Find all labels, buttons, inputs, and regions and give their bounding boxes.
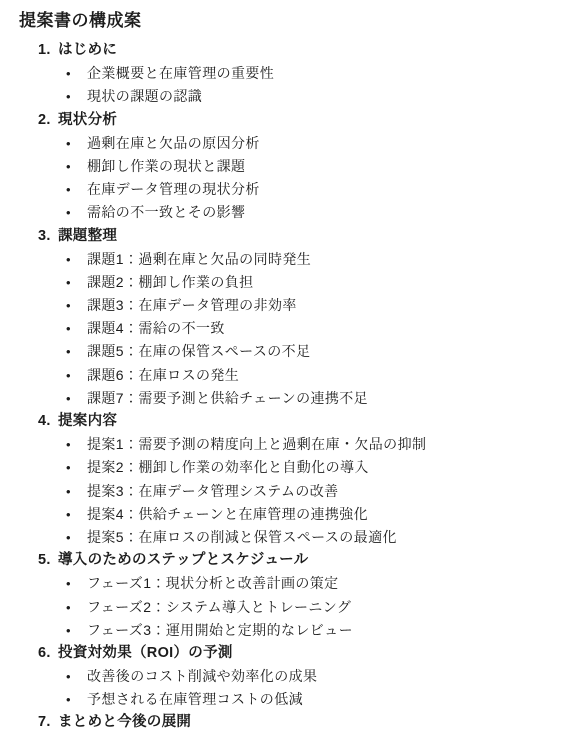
list-item-label: フェーズ1：現状分析と改善計画の策定 — [87, 572, 339, 595]
list-item: • 企業概要と在庫管理の重要性 — [0, 62, 572, 85]
list-item-label: 現状の課題の認識 — [87, 85, 202, 108]
bullet-icon: • — [66, 340, 87, 363]
bullet-icon: • — [66, 271, 87, 294]
document-page: 提案書の構成案 1. はじめに • 企業概要と在庫管理の重要性 • 現状の課題の… — [0, 0, 572, 740]
section-bullets: • 課題1：過剰在庫と欠品の同時発生 • 課題2：棚卸し作業の負担 • 課題3：… — [0, 248, 572, 410]
section-heading: まとめと今後の展開 — [58, 711, 191, 734]
list-item-label: 課題1：過剰在庫と欠品の同時発生 — [87, 248, 311, 271]
outline-section: 1. はじめに • 企業概要と在庫管理の重要性 • 現状の課題の認識 — [0, 39, 572, 109]
bullet-icon: • — [66, 201, 87, 224]
bullet-icon: • — [66, 456, 87, 479]
list-item: • 過剰在庫と欠品の原因分析 — [0, 132, 572, 155]
list-item: • 提案4：供給チェーンと在庫管理の連携強化 — [0, 503, 572, 526]
list-item-label: フェーズ2：システム導入とトレーニング — [87, 596, 351, 619]
section-number: 6. — [38, 642, 58, 665]
list-item: • 課題4：需給の不一致 — [0, 317, 572, 340]
list-item-label: 提案2：棚卸し作業の効率化と自動化の導入 — [87, 456, 369, 479]
section-bullets: • 提案1：需要予測の精度向上と過剰在庫・欠品の抑制 • 提案2：棚卸し作業の効… — [0, 433, 572, 549]
section-heading-row: 7. まとめと今後の展開 — [0, 711, 572, 734]
section-bullets: • 改善後のコスト削減や効率化の成果 • 予想される在庫管理コストの低減 — [0, 665, 572, 711]
bullet-icon: • — [66, 387, 87, 410]
bullet-icon: • — [66, 85, 87, 108]
section-heading: 投資対効果（ROI）の予測 — [58, 642, 233, 665]
list-item: • 課題5：在庫の保管スペースの不足 — [0, 340, 572, 363]
outline-section: 7. まとめと今後の展開 — [0, 711, 572, 734]
bullet-icon: • — [66, 596, 87, 619]
list-item: • 課題1：過剰在庫と欠品の同時発生 — [0, 248, 572, 271]
bullet-icon: • — [66, 62, 87, 85]
list-item: • フェーズ3：運用開始と定期的なレビュー — [0, 619, 572, 642]
section-heading-row: 4. 提案内容 — [0, 410, 572, 433]
list-item: • 課題2：棚卸し作業の負担 — [0, 271, 572, 294]
list-item: • 需給の不一致とその影響 — [0, 201, 572, 224]
list-item-label: 課題7：需要予測と供給チェーンの連携不足 — [87, 387, 368, 410]
section-heading-row: 5. 導入のためのステップとスケジュール — [0, 549, 572, 572]
list-item: • 課題7：需要予測と供給チェーンの連携不足 — [0, 387, 572, 410]
section-heading: 課題整理 — [58, 225, 117, 248]
section-heading-row: 6. 投資対効果（ROI）の予測 — [0, 642, 572, 665]
section-number: 1. — [38, 39, 58, 62]
list-item-label: フェーズ3：運用開始と定期的なレビュー — [87, 619, 353, 642]
list-item: • 棚卸し作業の現状と課題 — [0, 155, 572, 178]
list-item-label: 予想される在庫管理コストの低減 — [87, 688, 303, 711]
list-item: • 提案1：需要予測の精度向上と過剰在庫・欠品の抑制 — [0, 433, 572, 456]
bullet-icon: • — [66, 364, 87, 387]
list-item: • 予想される在庫管理コストの低減 — [0, 688, 572, 711]
list-item-label: 課題3：在庫データ管理の非効率 — [87, 294, 297, 317]
section-heading-row: 2. 現状分析 — [0, 109, 572, 132]
list-item: • 提案3：在庫データ管理システムの改善 — [0, 480, 572, 503]
section-number: 7. — [38, 711, 58, 734]
list-item-label: 課題4：需給の不一致 — [87, 317, 225, 340]
bullet-icon: • — [66, 317, 87, 340]
section-heading: 導入のためのステップとスケジュール — [58, 549, 308, 572]
list-item: • 提案2：棚卸し作業の効率化と自動化の導入 — [0, 456, 572, 479]
list-item-label: 提案5：在庫ロスの削減と保管スペースの最適化 — [87, 526, 397, 549]
bullet-icon: • — [66, 132, 87, 155]
outline-section: 4. 提案内容 • 提案1：需要予測の精度向上と過剰在庫・欠品の抑制 • 提案2… — [0, 410, 572, 549]
list-item-label: 在庫データ管理の現状分析 — [87, 178, 260, 201]
list-item: • 改善後のコスト削減や効率化の成果 — [0, 665, 572, 688]
section-number: 2. — [38, 109, 58, 132]
bullet-icon: • — [66, 665, 87, 688]
list-item: • 現状の課題の認識 — [0, 85, 572, 108]
bullet-icon: • — [66, 526, 87, 549]
section-number: 5. — [38, 549, 58, 572]
bullet-icon: • — [66, 248, 87, 271]
outline-list: 1. はじめに • 企業概要と在庫管理の重要性 • 現状の課題の認識 2. 現状… — [0, 39, 572, 735]
bullet-icon: • — [66, 155, 87, 178]
section-heading-row: 3. 課題整理 — [0, 225, 572, 248]
page-title: 提案書の構成案 — [19, 9, 572, 32]
outline-section: 3. 課題整理 • 課題1：過剰在庫と欠品の同時発生 • 課題2：棚卸し作業の負… — [0, 225, 572, 411]
list-item: • 在庫データ管理の現状分析 — [0, 178, 572, 201]
list-item: • フェーズ1：現状分析と改善計画の策定 — [0, 572, 572, 595]
list-item-label: 棚卸し作業の現状と課題 — [87, 155, 245, 178]
list-item-label: 企業概要と在庫管理の重要性 — [87, 62, 274, 85]
bullet-icon: • — [66, 619, 87, 642]
outline-section: 2. 現状分析 • 過剰在庫と欠品の原因分析 • 棚卸し作業の現状と課題 • 在… — [0, 109, 572, 225]
outline-section: 5. 導入のためのステップとスケジュール • フェーズ1：現状分析と改善計画の策… — [0, 549, 572, 642]
list-item-label: 提案3：在庫データ管理システムの改善 — [87, 480, 339, 503]
bullet-icon: • — [66, 503, 87, 526]
list-item-label: 提案4：供給チェーンと在庫管理の連携強化 — [87, 503, 368, 526]
section-heading: 提案内容 — [58, 410, 117, 433]
bullet-icon: • — [66, 294, 87, 317]
list-item: • 課題6：在庫ロスの発生 — [0, 364, 572, 387]
list-item-label: 過剰在庫と欠品の原因分析 — [87, 132, 260, 155]
section-heading-row: 1. はじめに — [0, 39, 572, 62]
list-item-label: 提案1：需要予測の精度向上と過剰在庫・欠品の抑制 — [87, 433, 426, 456]
list-item-label: 課題5：在庫の保管スペースの不足 — [87, 340, 311, 363]
section-heading: 現状分析 — [58, 109, 117, 132]
bullet-icon: • — [66, 688, 87, 711]
list-item: • フェーズ2：システム導入とトレーニング — [0, 596, 572, 619]
outline-section: 6. 投資対効果（ROI）の予測 • 改善後のコスト削減や効率化の成果 • 予想… — [0, 642, 572, 712]
list-item-label: 課題2：棚卸し作業の負担 — [87, 271, 254, 294]
section-bullets: • フェーズ1：現状分析と改善計画の策定 • フェーズ2：システム導入とトレーニ… — [0, 572, 572, 642]
section-bullets: • 企業概要と在庫管理の重要性 • 現状の課題の認識 — [0, 62, 572, 108]
bullet-icon: • — [66, 433, 87, 456]
list-item-label: 需給の不一致とその影響 — [87, 201, 245, 224]
list-item: • 課題3：在庫データ管理の非効率 — [0, 294, 572, 317]
section-bullets: • 過剰在庫と欠品の原因分析 • 棚卸し作業の現状と課題 • 在庫データ管理の現… — [0, 132, 572, 225]
section-heading: はじめに — [58, 39, 117, 62]
list-item-label: 課題6：在庫ロスの発生 — [87, 364, 239, 387]
section-number: 4. — [38, 410, 58, 433]
bullet-icon: • — [66, 178, 87, 201]
section-number: 3. — [38, 225, 58, 248]
list-item: • 提案5：在庫ロスの削減と保管スペースの最適化 — [0, 526, 572, 549]
list-item-label: 改善後のコスト削減や効率化の成果 — [87, 665, 317, 688]
bullet-icon: • — [66, 480, 87, 503]
bullet-icon: • — [66, 572, 87, 595]
